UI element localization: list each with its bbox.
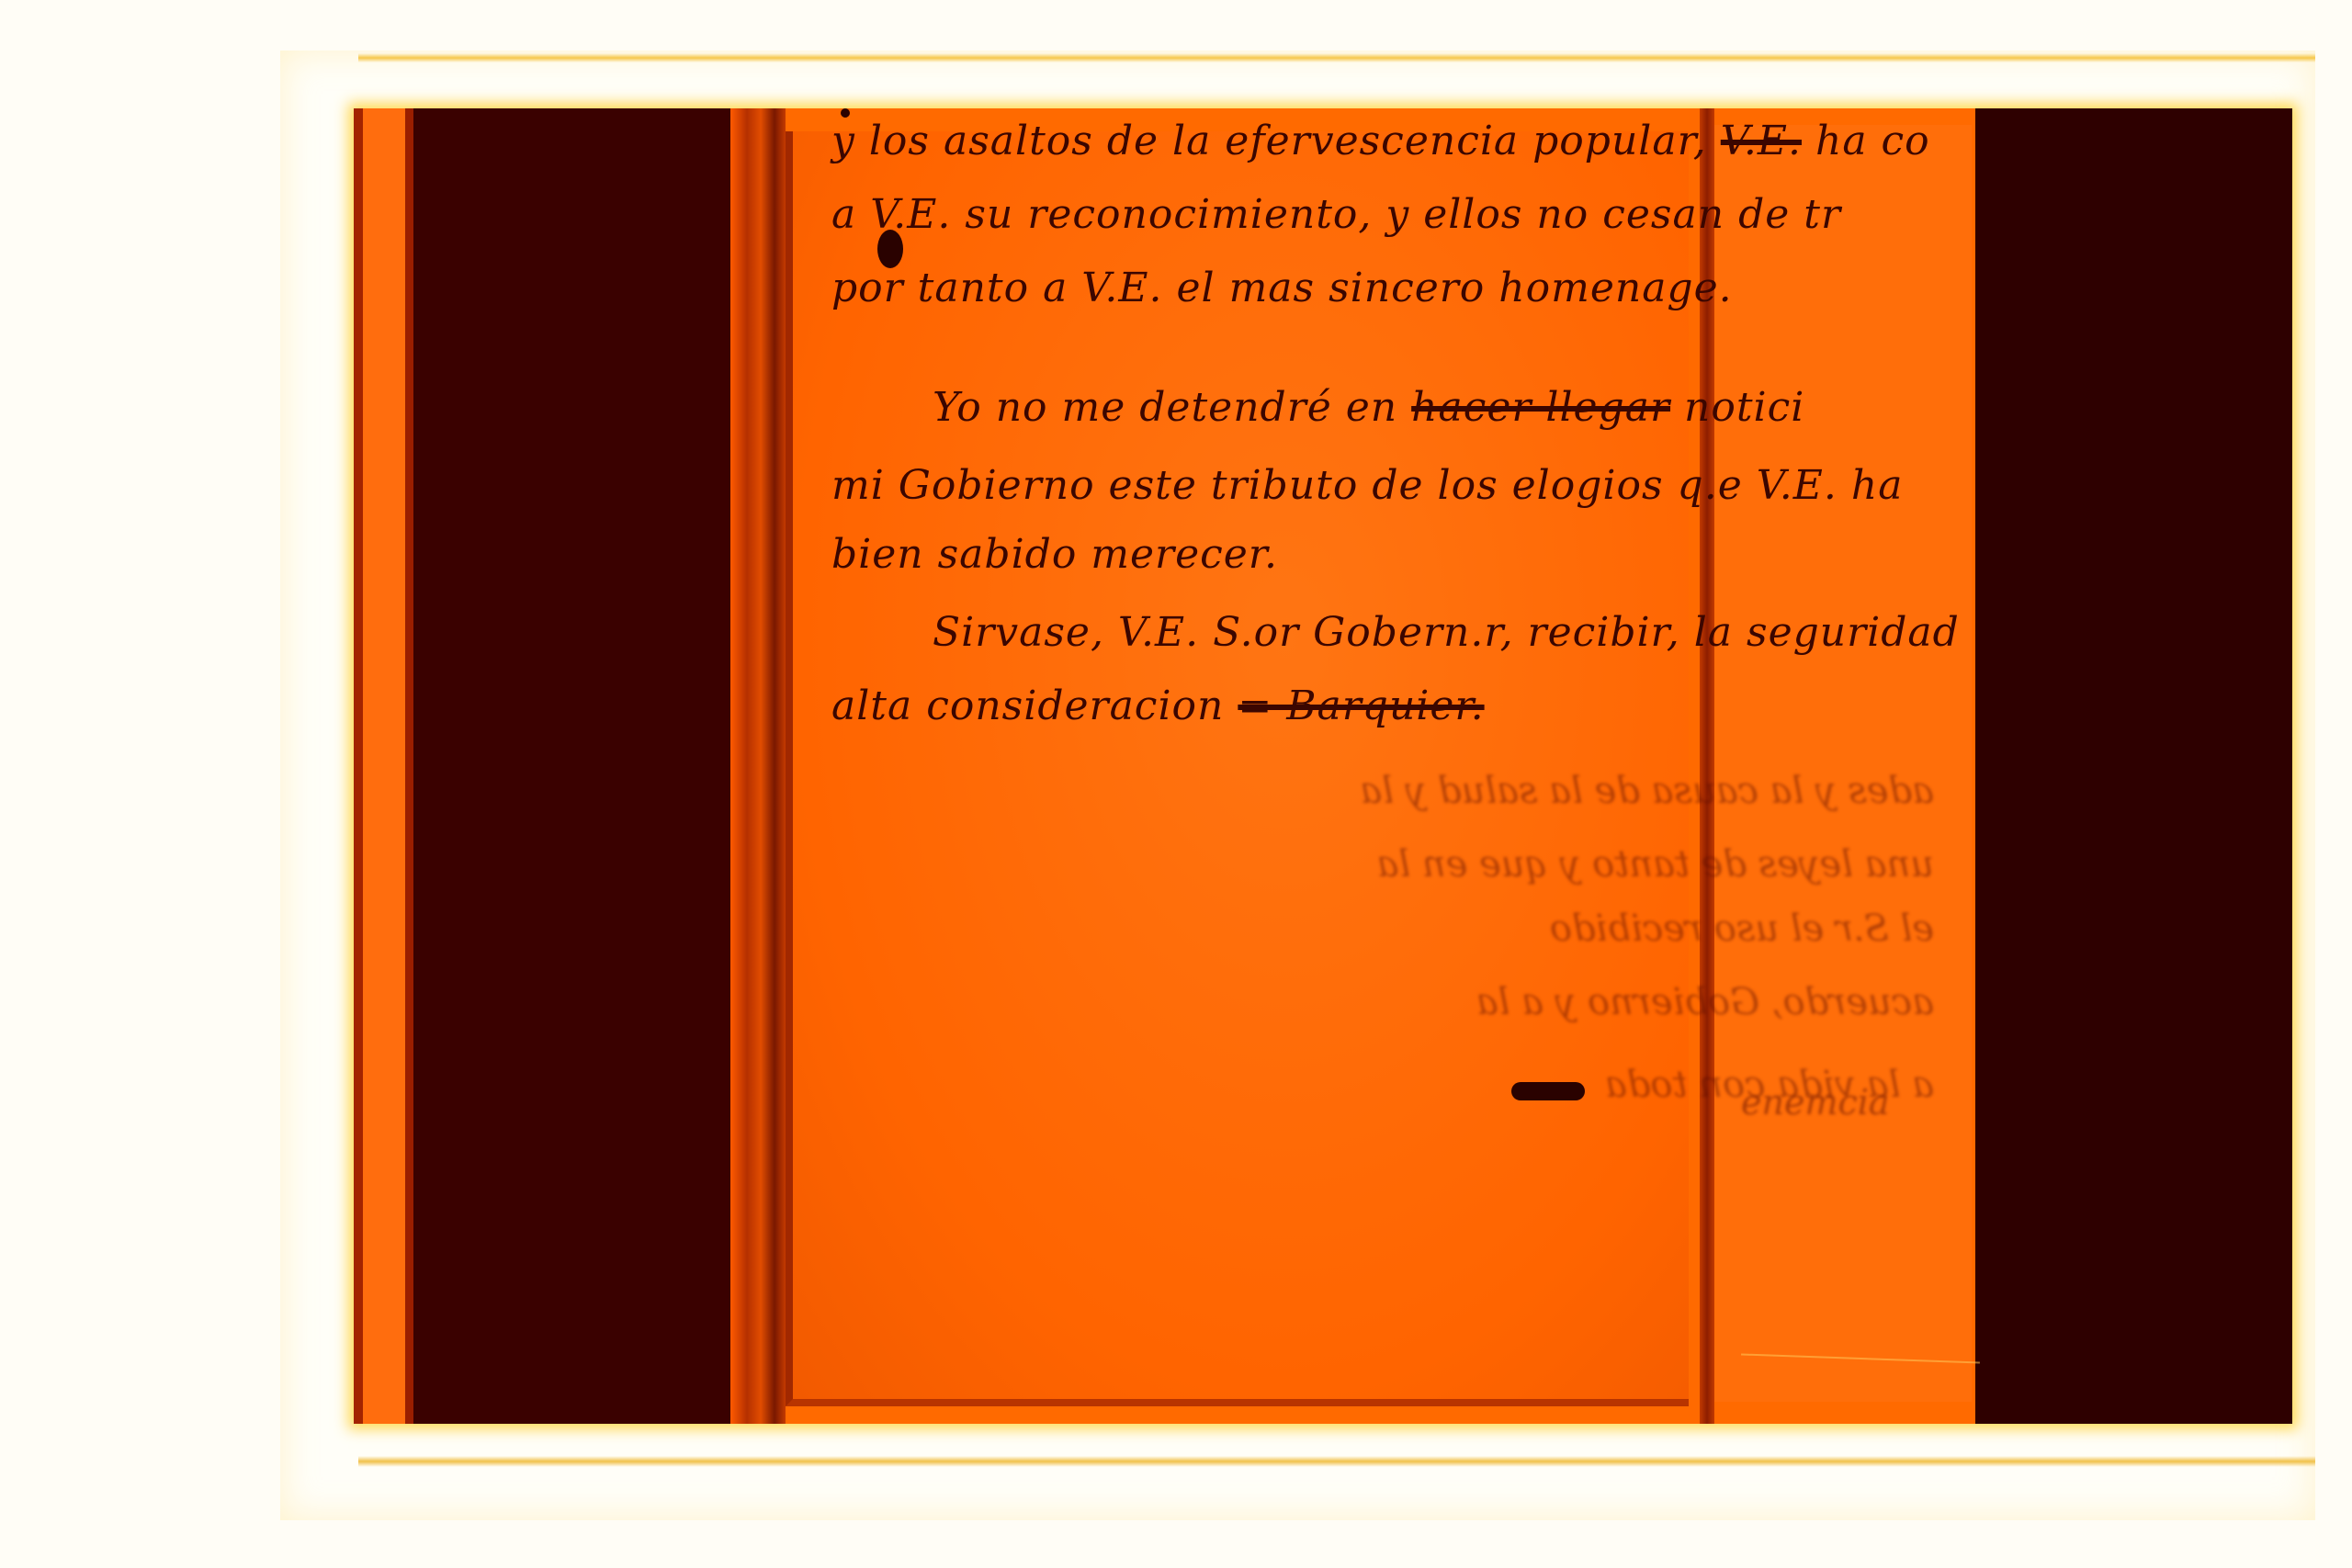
right-dark-panel (1975, 108, 2292, 1424)
manuscript-line-8: alta consideracion = Barquier. (831, 682, 1485, 729)
bleed-through-line: ades y la causa de la salud y la (831, 770, 1934, 812)
ink-dot (841, 108, 850, 118)
manuscript-page (786, 131, 1689, 1406)
bleed-through-line: acuerdo, Gobierno y a la (831, 981, 1934, 1023)
book-gutter (730, 108, 786, 1424)
mount-edge-bottom (358, 1456, 2315, 1467)
right-strip-bleed: enemcia (1741, 1082, 1962, 1122)
mount-edge-top (358, 53, 2315, 62)
manuscript-line-4: Yo no me detendré en hacer llegar notici (831, 384, 1804, 431)
bleed-through-line: el S.r el uso recibido (831, 908, 1934, 950)
ink-smudge (1511, 1082, 1585, 1100)
left-dark-panel (413, 108, 730, 1424)
bleed-through-line: una leyes de tanto y que en la (831, 843, 1934, 886)
manuscript-line-3: por tanto a V.E. el mas sincero homenage… (831, 265, 1733, 311)
manuscript-line-1: y los asaltos de la efervescencia popula… (831, 118, 1930, 164)
manuscript-line-7: Sirvase, V.E. S.or Gobern.r, recibir, la… (831, 609, 1960, 656)
manuscript-line-6: bien sabido merecer. (831, 531, 1278, 578)
film-frame: y los asaltos de la efervescencia popula… (354, 108, 2292, 1424)
right-page-strip (1714, 125, 1972, 1402)
manuscript-line-5: mi Gobierno este tributo de los elogios … (831, 462, 1903, 509)
left-page-edge (354, 108, 418, 1424)
manuscript-line-2: a V.E. su reconocimiento, y ellos no ces… (831, 191, 1841, 238)
